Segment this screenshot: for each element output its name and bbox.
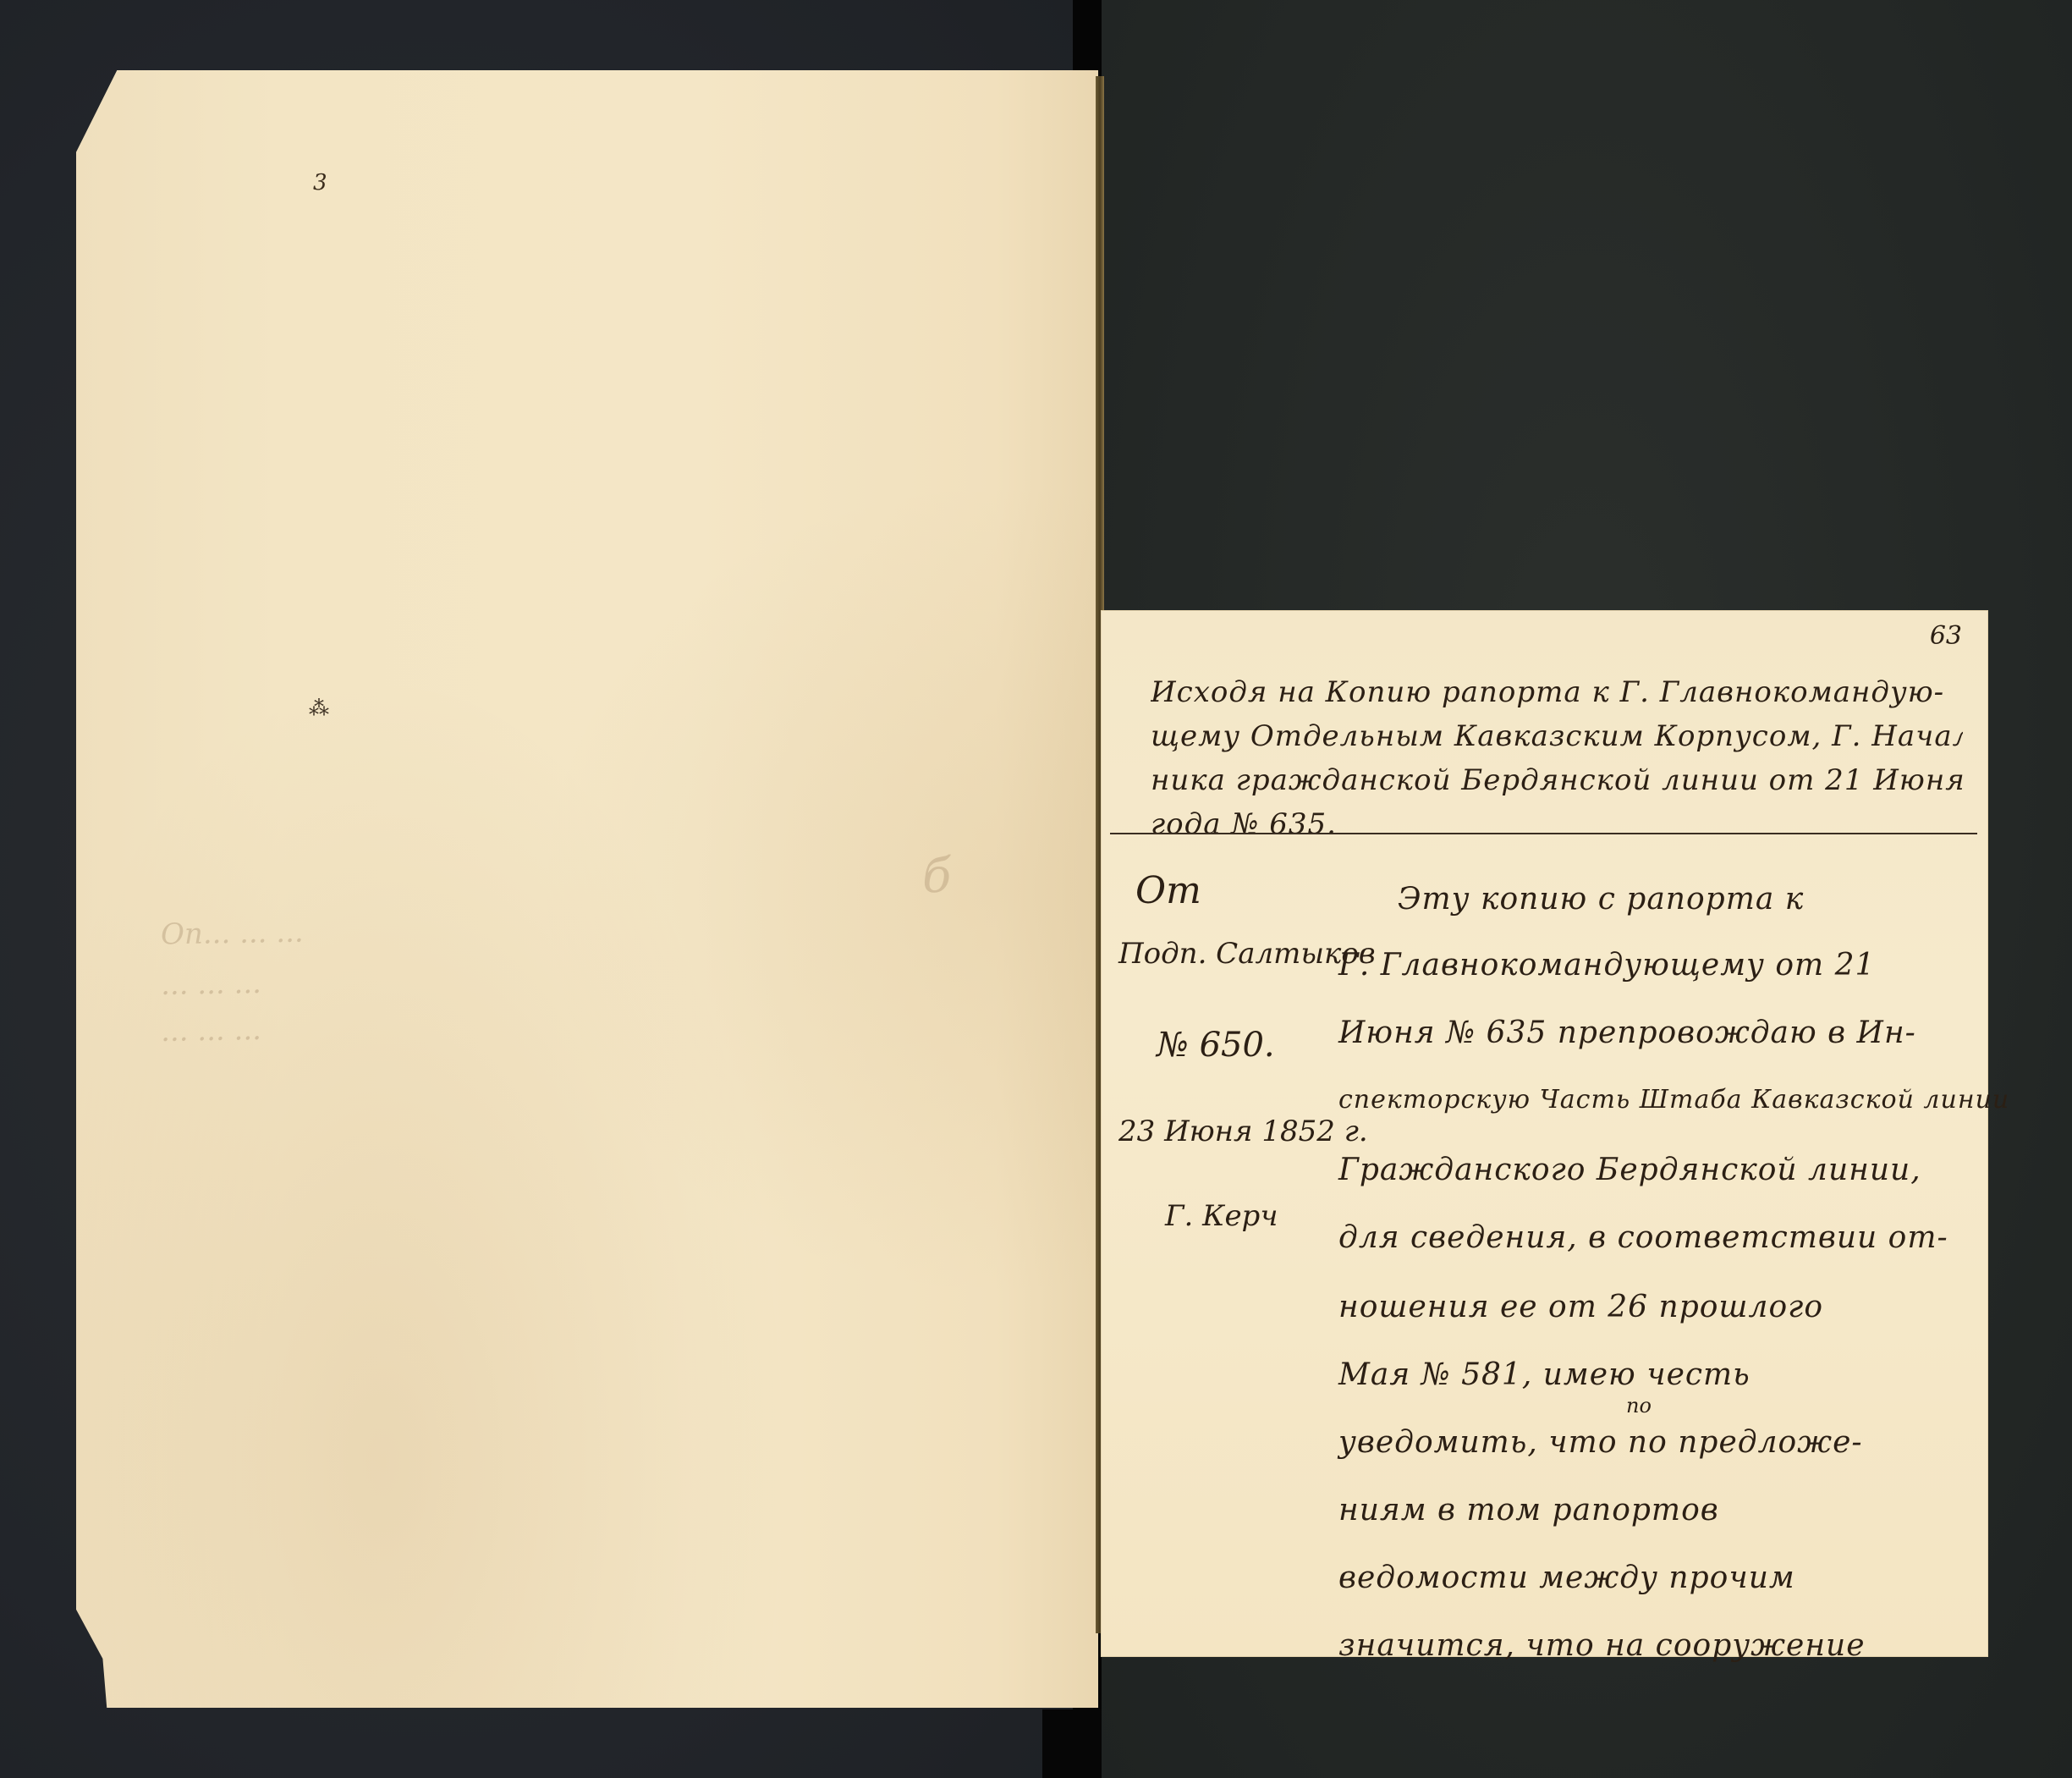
body-line: ношения ее от 26 прошлого [1338,1290,1823,1324]
bleed-through-text: ... ... ... [161,966,262,1002]
header-divider [1110,833,1977,834]
margin-from: От [1135,869,1201,912]
body-line: уведомить, что по предложе- [1338,1425,1863,1460]
bleed-through-text: б [921,849,951,905]
body-line: Гражданского Бердянской линии, [1338,1153,1921,1187]
body-line: ниям в том рапортов [1338,1493,1719,1528]
margin-sender: Подп. Салтыков [1118,937,1376,971]
body-line: Мая № 581, имею честь [1338,1357,1750,1392]
body-line: значится, что на сооружение [1338,1628,1866,1663]
left-page: 3 ⁂ б Оп... ... ... ... ... ... ... ... … [76,70,1098,1708]
bleed-through-text: ... ... ... [161,1013,262,1049]
left-ink-stamp: ⁂ [309,696,329,720]
bleed-through-text: Оп... ... ... [161,916,304,952]
right-page: 63 Исходя на Копию рапорта к Г. Главноко… [1102,611,1987,1656]
margin-date: 23 Июня 1852 г. [1118,1115,1368,1148]
body-line: Июня № 635 препровождаю в Ин- [1338,1016,1916,1050]
left-folio-mark: 3 [313,170,327,195]
header-line: года № 635. [1151,802,1963,846]
folio-number: 63 [1930,621,1962,651]
body-line: ведомости между прочим [1338,1561,1795,1595]
body-line: Г. Главнокомандующему от 21 [1338,948,1875,983]
margin-place: Г. Керч [1165,1199,1278,1233]
header-line: ника гражданской Бердянской линии от 21 … [1151,758,1963,802]
interlinear-insertion: по [1626,1394,1652,1417]
header-line: щему Отдельным Кавказским Корпусом, Г. Н… [1151,714,1963,758]
document-header: Исходя на Копию рапорта к Г. Главнокоман… [1151,670,1963,846]
body-line: для сведения, в соответствии от- [1338,1220,1948,1255]
body-line: Эту копию с рапорта к [1398,882,1804,917]
binding-gap-bottom [1042,1709,1102,1778]
header-line: Исходя на Копию рапорта к Г. Главнокоман… [1151,670,1963,714]
body-line: спекторскую Часть Штаба Кавказской линии [1338,1085,2009,1115]
margin-number: № 650. [1157,1026,1275,1065]
